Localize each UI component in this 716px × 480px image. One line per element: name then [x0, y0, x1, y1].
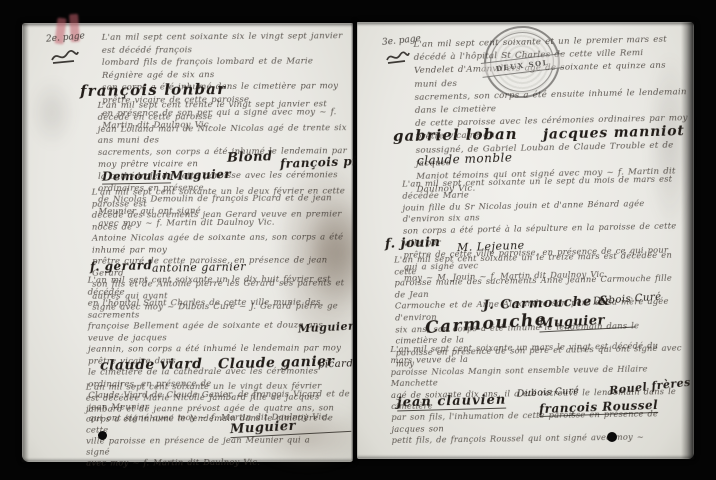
signature-jean-clauvien: jean clauvien: [397, 393, 507, 412]
stain-top-left: [30, 78, 75, 148]
punch-hole-right: [607, 432, 617, 442]
signature-f-gerard: f. gerard: [90, 258, 153, 274]
signature-f-jouin: f. jouin: [385, 235, 441, 252]
signature-demoulin: Demoulin: [102, 168, 172, 184]
paraph-flourish-right: [385, 49, 411, 65]
paraph-flourish-left: [50, 47, 80, 65]
page-gutter: [351, 23, 358, 460]
right-page: 3e. page L'an mil sept cent soixante et …: [357, 22, 694, 459]
tax-stamp: DEUX SOL: [480, 22, 564, 103]
signature-muguier-1: Muguier: [170, 167, 232, 183]
left-page-torn-edge: [22, 23, 29, 462]
signature-gabriel-loban: gabriel loban: [393, 125, 518, 145]
punch-hole-left: [98, 431, 107, 440]
signature-picard: picard: [318, 358, 354, 370]
signature-francois-lonbar: françois lonbar: [80, 80, 226, 100]
signature-claude-viard: claude viard: [100, 356, 203, 374]
signature-antoine-garnier: antoine garnier: [152, 260, 246, 275]
manuscript-scan: 2e. page L'an mil sept cent soixante six…: [0, 0, 716, 480]
signature-blond: Blond: [227, 149, 273, 166]
left-page: 2e. page L'an mil sept cent soixante six…: [22, 23, 353, 462]
